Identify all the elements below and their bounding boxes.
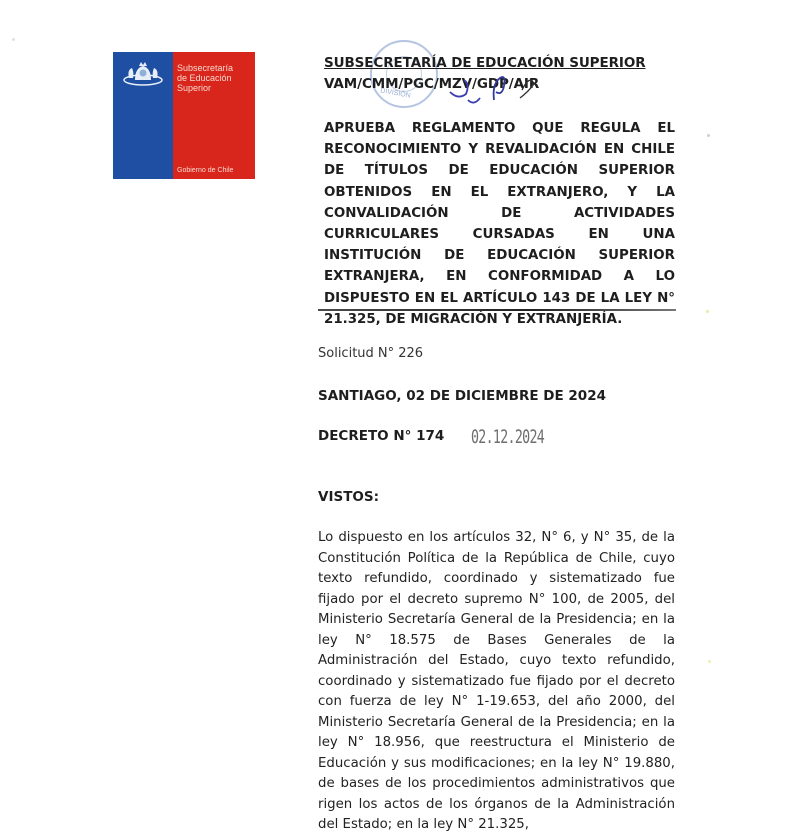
date-stamp: 02.12.2024 (471, 426, 544, 448)
handwritten-signature-icon (448, 70, 538, 110)
vistos-heading: VISTOS: (318, 489, 379, 505)
ministry-logo: Subsecretaría de Educación Superior Gobi… (113, 52, 255, 179)
title-divider (318, 309, 676, 311)
logo-red-panel: Subsecretaría de Educación Superior Gobi… (173, 52, 255, 179)
decree-title: APRUEBA REGLAMENTO QUE REGULA EL RECONOC… (324, 118, 675, 330)
coat-of-arms-icon (121, 60, 165, 88)
issuing-office: SUBSECRETARÍA DE EDUCACIÓN SUPERIOR (324, 55, 646, 71)
place-and-date: SANTIAGO, 02 DE DICIEMBRE DE 2024 (318, 388, 606, 404)
logo-ministry-name: Subsecretaría de Educación Superior (177, 63, 233, 93)
decree-number: DECRETO N° 174 (318, 428, 444, 444)
scan-artifact (706, 310, 709, 313)
scan-artifact (707, 134, 710, 137)
scan-artifact (12, 38, 15, 41)
vistos-body: Lo dispuesto en los artículos 32, N° 6, … (318, 528, 675, 831)
request-number: Solicitud N° 226 (318, 346, 423, 361)
scan-artifact (708, 660, 711, 663)
logo-government-label: Gobierno de Chile (177, 167, 233, 174)
logo-blue-panel (113, 52, 173, 179)
